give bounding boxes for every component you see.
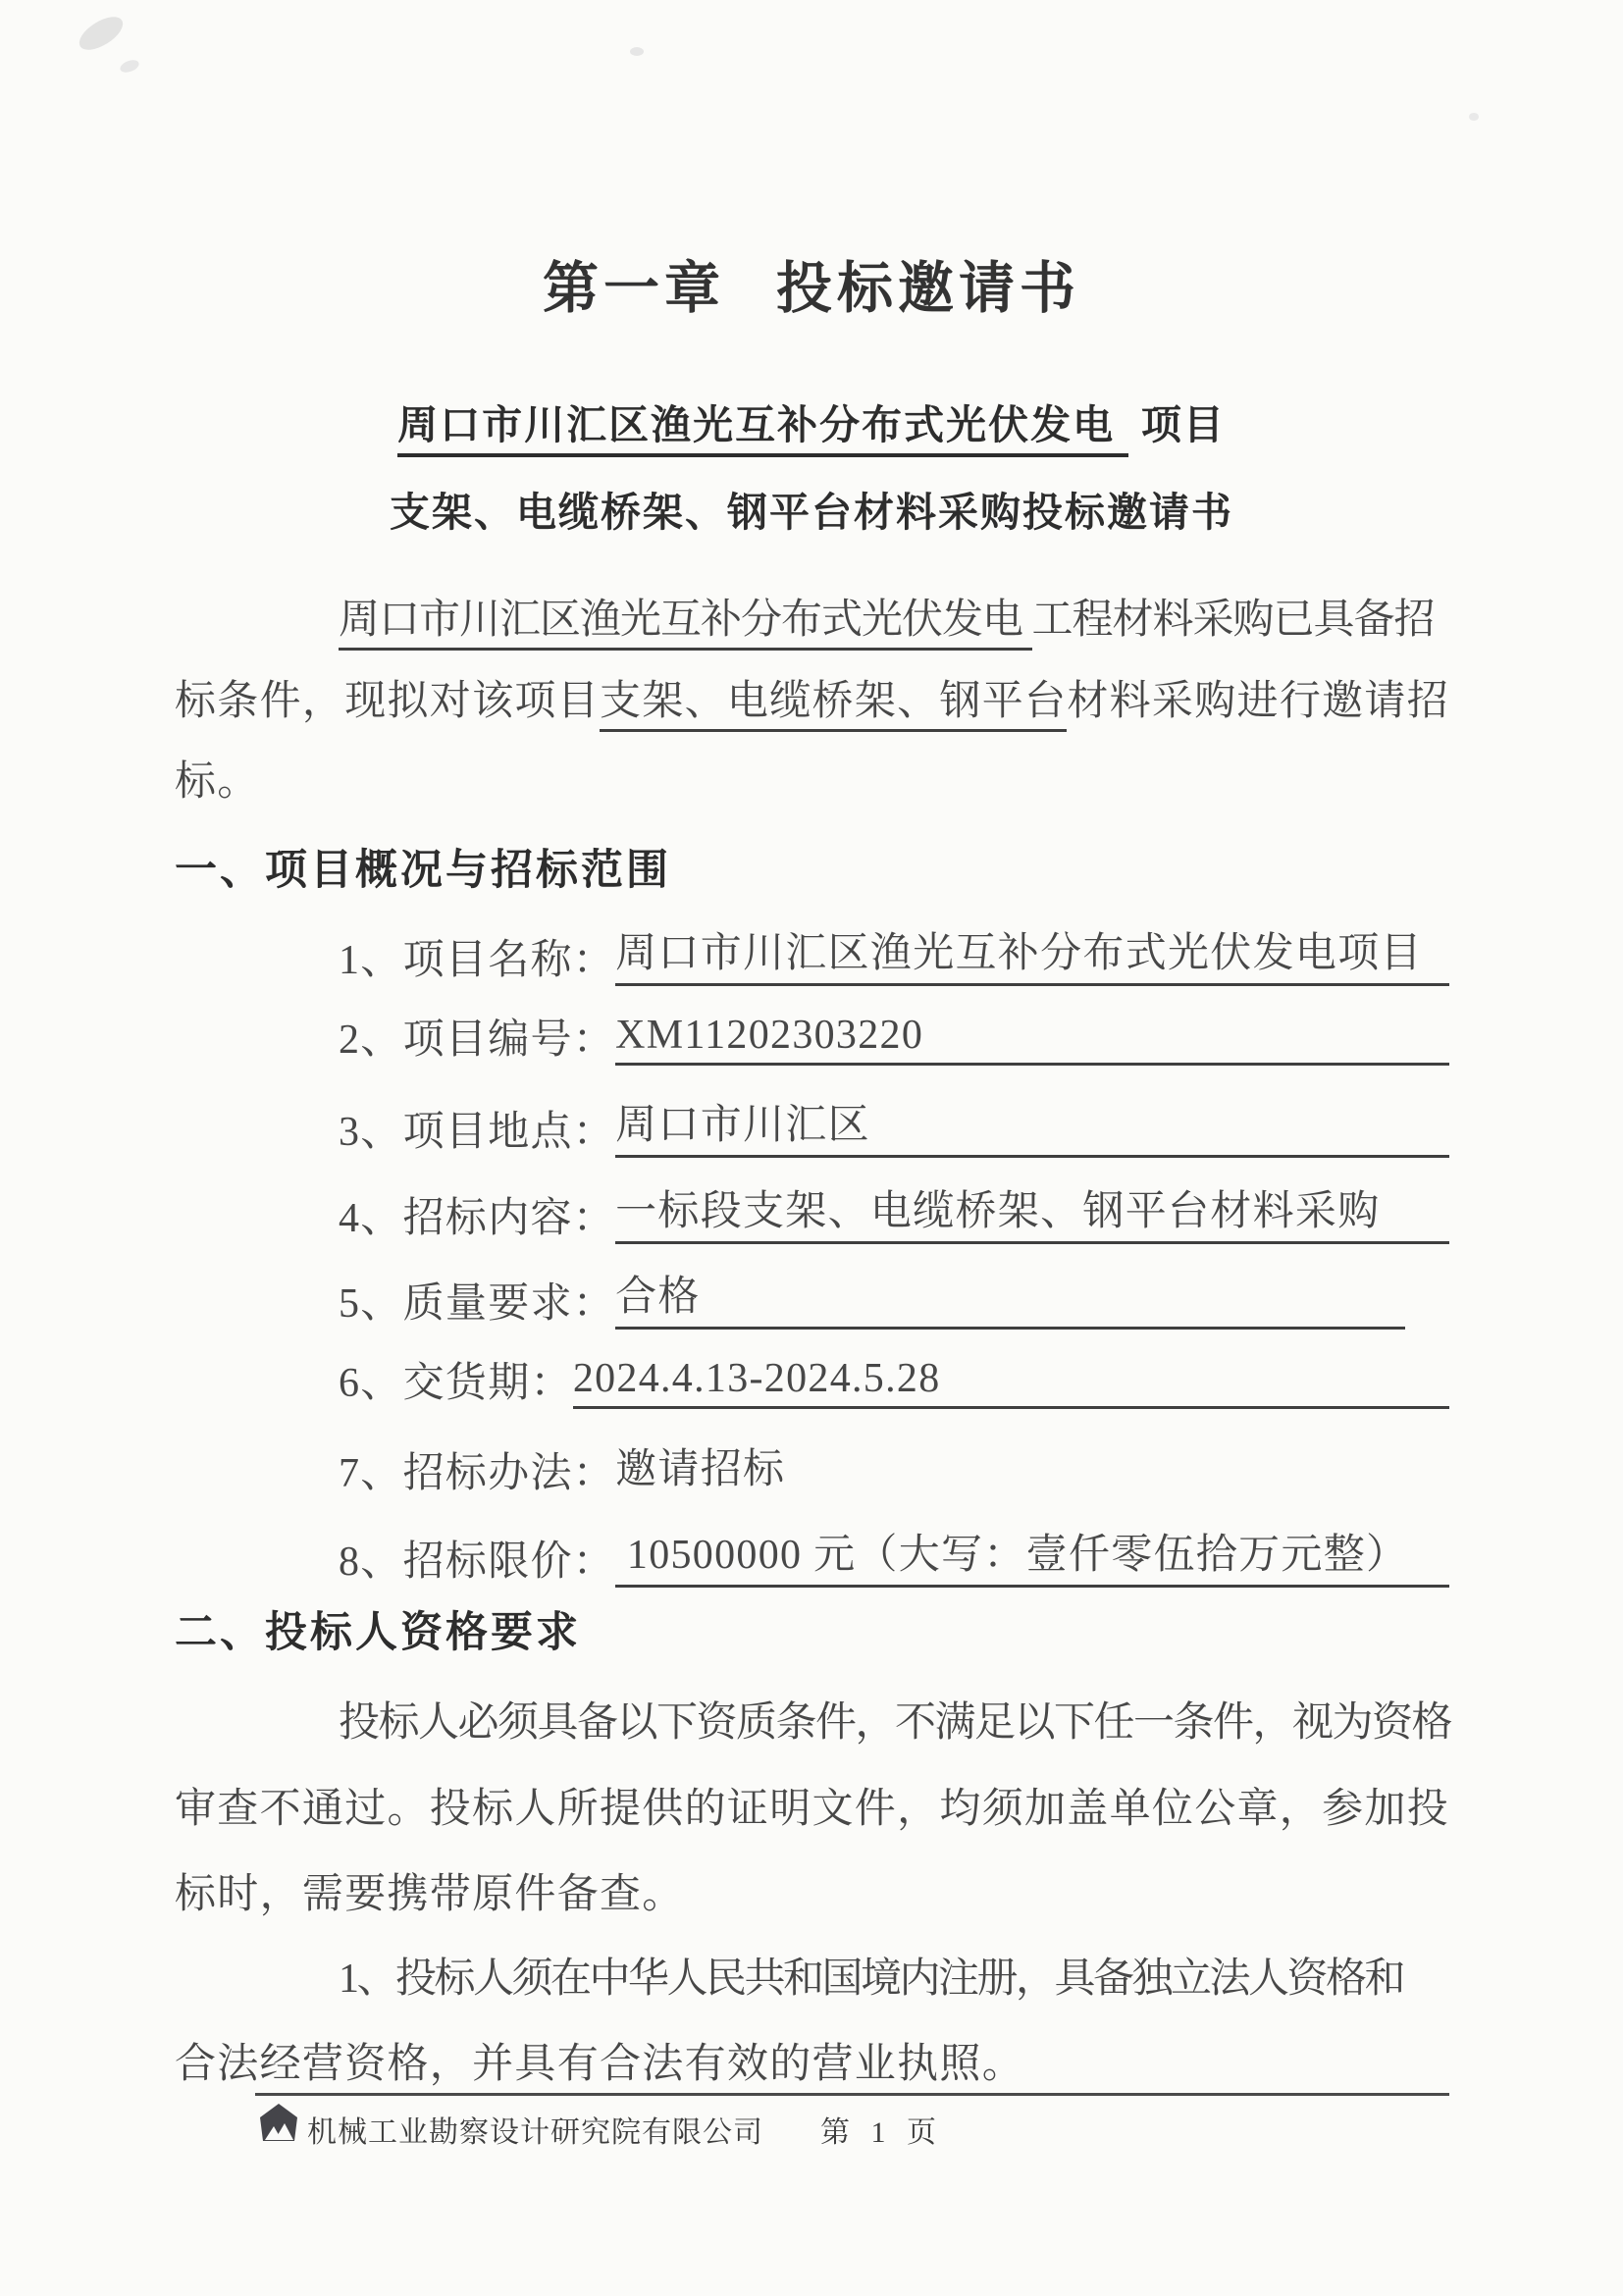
document-subtitle: 支架、电缆桥架、钢平台材料采购投标邀请书: [0, 480, 1623, 538]
item-tender-content: 4、招标内容：一标段支架、电缆桥架、钢平台材料采购: [339, 1178, 1449, 1244]
scan-speck: [1469, 113, 1479, 121]
intro-line-3: 标。: [175, 749, 260, 808]
underlined-space: [1115, 402, 1127, 457]
project-name-underlined: 周口市川汇区渔光互补分布式光伏发电: [397, 402, 1115, 457]
item-label: 7、招标办法：: [339, 1440, 615, 1499]
chapter-number: 第一章: [543, 257, 725, 320]
intro-line-2-pre: 标条件，现拟对该项目: [175, 679, 600, 724]
qualification-line-3: 标时，需要携带原件备查。: [175, 1861, 685, 1920]
item-value-underlined: 2024.4.13-2024.5.28: [573, 1355, 1449, 1409]
item-label: 4、招标内容：: [339, 1185, 615, 1244]
section-2-heading: 二、投标人资格要求: [175, 1599, 581, 1659]
qualification-line-2: 审查不通过。投标人所提供的证明文件，均须加盖单位公章，参加投: [175, 1776, 1449, 1835]
item-value-underlined: 周口市川汇区渔光互补分布式光伏发电项目: [615, 920, 1449, 986]
project-title-suffix: 项目: [1141, 402, 1226, 447]
item-label: 6、交货期：: [339, 1350, 573, 1409]
footer-divider: [255, 2093, 1449, 2096]
mountain-logo-icon: [258, 2103, 299, 2142]
item-label: 8、招标限价：: [339, 1529, 615, 1588]
item-label: 3、项目地点：: [339, 1099, 615, 1158]
item-value-underlined: 周口市川汇区: [615, 1092, 1449, 1158]
qualification-item-1-line-2: 合法经营资格，并具有合法有效的营业执照。: [175, 2031, 1024, 2090]
chapter-name: 投标邀请书: [776, 257, 1080, 320]
scan-speck: [630, 47, 644, 56]
chapter-heading: 第一章投标邀请书: [0, 243, 1623, 324]
qualification-item-1-line-1: 1、投标人须在中华人民共和国境内注册，具备独立法人资格和: [339, 1946, 1403, 2005]
intro-scope-underlined: 支架、电缆桥架、钢平台: [600, 679, 1067, 732]
qualification-line-1: 投标人必须具备以下资质条件，不满足以下任一条件，视为资格: [339, 1690, 1451, 1748]
item-tender-price-limit: 8、招标限价： 10500000 元（大写：壹仟零伍拾万元整）: [339, 1522, 1449, 1588]
item-delivery-period: 6、交货期：2024.4.13-2024.5.28: [339, 1350, 1449, 1409]
scan-speck: [74, 11, 128, 57]
item-value-underlined: 一标段支架、电缆桥架、钢平台材料采购: [615, 1178, 1449, 1244]
section-1-heading: 一、项目概况与招标范围: [175, 837, 671, 897]
intro-line-2: 标条件，现拟对该项目支架、电缆桥架、钢平台材料采购进行邀请招: [175, 668, 1449, 727]
scan-speck: [119, 58, 141, 75]
item-label: 1、项目名称：: [339, 927, 615, 986]
item-value-underlined: 10500000 元（大写：壹仟零伍拾万元整）: [615, 1522, 1449, 1588]
item-quality-requirement: 5、质量要求：合格: [339, 1264, 1449, 1330]
item-label: 2、项目编号：: [339, 1007, 615, 1066]
project-title-line: 周口市川汇区渔光互补分布式光伏发电 项目: [0, 392, 1623, 450]
footer-page-number: 第 1 页: [820, 2108, 943, 2151]
intro-line-1: 周口市川汇区渔光互补分布式光伏发电 工程材料采购已具备招: [339, 587, 1435, 646]
item-project-number: 2、项目编号：XM11202303220: [339, 1007, 1449, 1066]
footer-company-name: 机械工业勘察设计研究院有限公司: [307, 2108, 763, 2151]
item-label: 5、质量要求：: [339, 1271, 615, 1330]
intro-line-2-post: 材料采购进行邀请招: [1067, 679, 1449, 724]
underlined-space: [1022, 598, 1032, 651]
item-project-name: 1、项目名称：周口市川汇区渔光互补分布式光伏发电项目: [339, 920, 1449, 986]
item-value-underlined: XM11202303220: [615, 1012, 1449, 1066]
item-value-underlined: 合格: [615, 1264, 1405, 1330]
intro-line-1-rest: 工程材料采购已具备招: [1032, 598, 1435, 643]
item-value: 邀请招标: [615, 1436, 1449, 1499]
item-project-location: 3、项目地点：周口市川汇区: [339, 1092, 1449, 1158]
document-page: 第一章投标邀请书 周口市川汇区渔光互补分布式光伏发电 项目 支架、电缆桥架、钢平…: [0, 0, 1623, 2296]
item-tender-method: 7、招标办法：邀请招标: [339, 1436, 1449, 1499]
intro-project-name-underlined: 周口市川汇区渔光互补分布式光伏发电: [339, 598, 1022, 651]
